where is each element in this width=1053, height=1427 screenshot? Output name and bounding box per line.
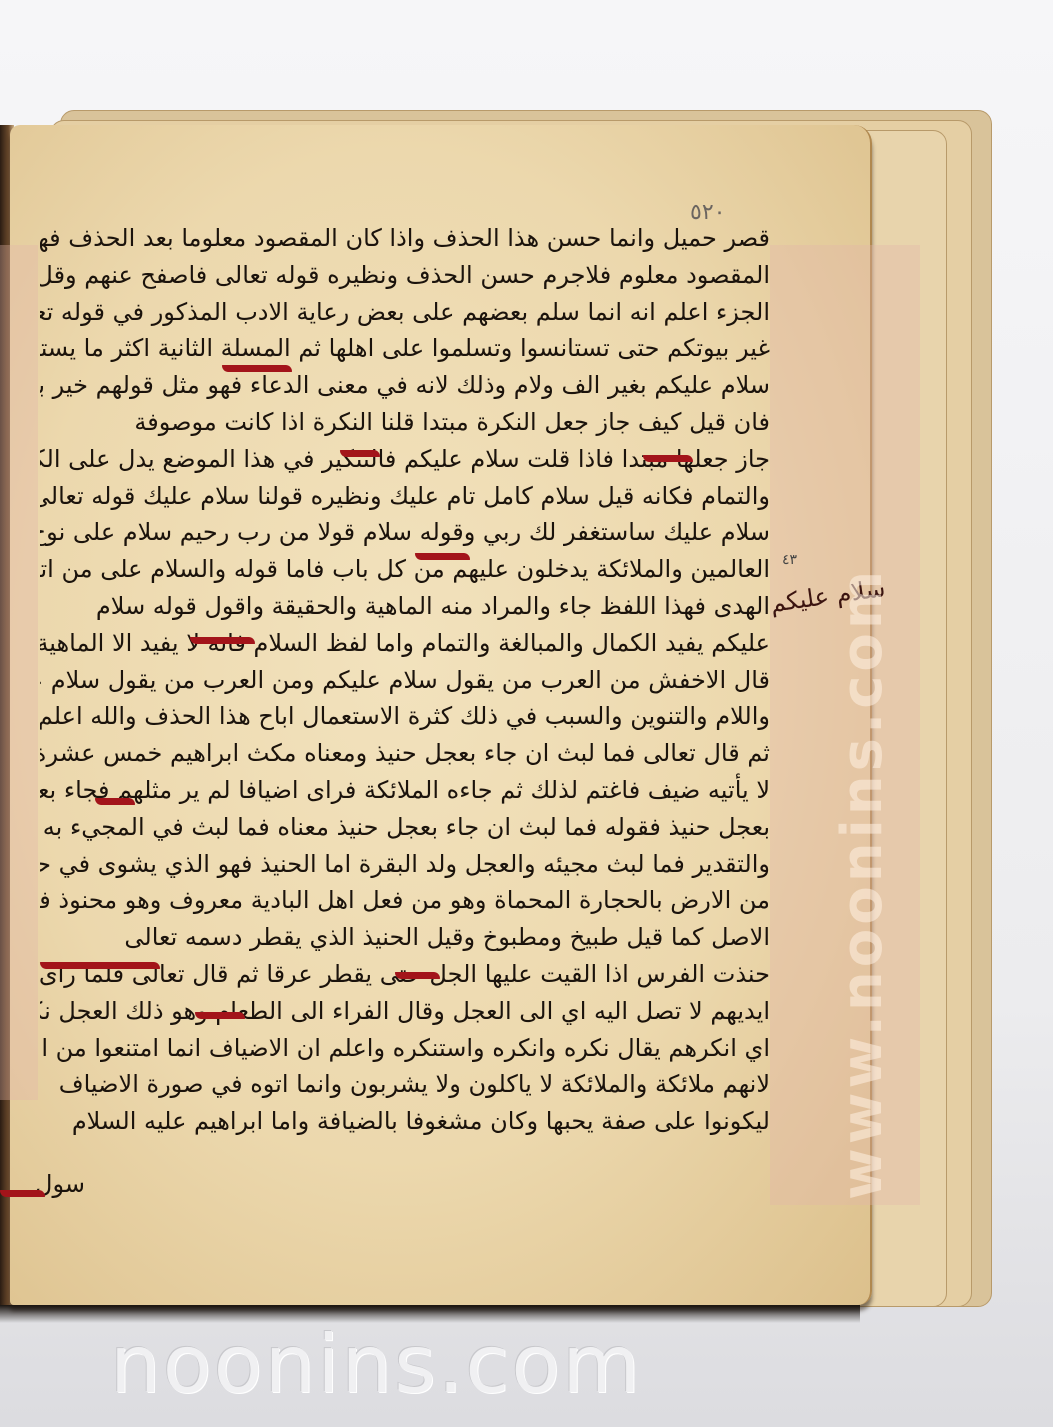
manuscript-text: قصر حميل وانما حسن هذا الحذف واذا كان ال…	[40, 220, 770, 1140]
rubric-mark	[0, 1190, 45, 1197]
rubric-mark	[195, 1012, 245, 1019]
text-line: لانهم ملائكة والملائكة لا ياكلون ولا يشر…	[40, 1066, 770, 1103]
rubric-mark	[40, 962, 160, 969]
rubric-mark	[222, 365, 292, 372]
text-line: سلام عليكم بغير الف ولام وذلك لانه في مع…	[40, 367, 770, 404]
text-line: بعجل حنيذ فقوله فما لبث ان جاء بعجل حنيذ…	[40, 809, 770, 846]
text-line: قال الاخفش من العرب من يقول سلام عليكم و…	[40, 662, 770, 699]
text-line: الهدى فهذا اللفظ جاء والمراد منه الماهية…	[40, 588, 770, 625]
rubric-mark	[415, 553, 470, 560]
text-line: الجزء اعلم انه انما سلم بعضهم على بعض رع…	[40, 294, 770, 331]
watermark-overlay-left	[0, 245, 38, 1100]
text-line: عليكم يفيد الكمال والمبالغة والتمام واما…	[40, 625, 770, 662]
text-line: واللام والتنوين والسبب في ذلك كثرة الاست…	[40, 698, 770, 735]
rubric-mark	[340, 450, 380, 457]
watermark-side: www.noonins.com	[830, 600, 890, 1200]
watermark-bottom: noonins.com	[110, 1320, 750, 1410]
text-line: من الارض بالحجارة المحماة وهو من فعل اهل…	[40, 882, 770, 919]
text-line: اي انكرهم يقال نكره وانكره واستنكره واعل…	[40, 1030, 770, 1067]
rubric-mark	[395, 972, 440, 979]
text-line: والتمام فكانه قيل سلام كامل تام عليك ونظ…	[40, 478, 770, 515]
folio-stamp: ٤٣	[782, 552, 797, 568]
rubric-mark	[643, 455, 693, 462]
text-line: الاصل كما قيل طبيخ ومطبوخ وقيل الحنيذ ال…	[40, 919, 770, 956]
text-line: لا يأتيه ضيف فاغتم لذلك ثم جاءه الملائكة…	[40, 772, 770, 809]
text-line: المقصود معلوم فلاجرم حسن الحذف ونظيره قو…	[40, 257, 770, 294]
text-line: سلام عليك ساستغفر لك ربي وقوله سلام قولا…	[40, 514, 770, 551]
text-line: العالمين والملائكة يدخلون عليهم من كل با…	[40, 551, 770, 588]
text-line: فان قيل كيف جاز جعل النكرة مبتدا قلنا ال…	[40, 404, 770, 441]
text-line: ليكونوا على صفة يحبها وكان مشغوفا بالضيا…	[40, 1103, 770, 1140]
text-line: قصر حميل وانما حسن هذا الحذف واذا كان ال…	[40, 220, 770, 257]
text-line: ثم قال تعالى فما لبث ان جاء بعجل حنيذ وم…	[40, 735, 770, 772]
rubric-mark	[190, 637, 255, 644]
text-line: ايديهم لا تصل اليه اي الى العجل وقال الف…	[40, 993, 770, 1030]
text-line: غير بيوتكم حتى تستانسوا وتسلموا على اهله…	[40, 330, 770, 367]
rubric-mark	[95, 798, 135, 805]
text-line: والتقدير فما لبث مجيئه والعجل ولد البقرة…	[40, 846, 770, 883]
